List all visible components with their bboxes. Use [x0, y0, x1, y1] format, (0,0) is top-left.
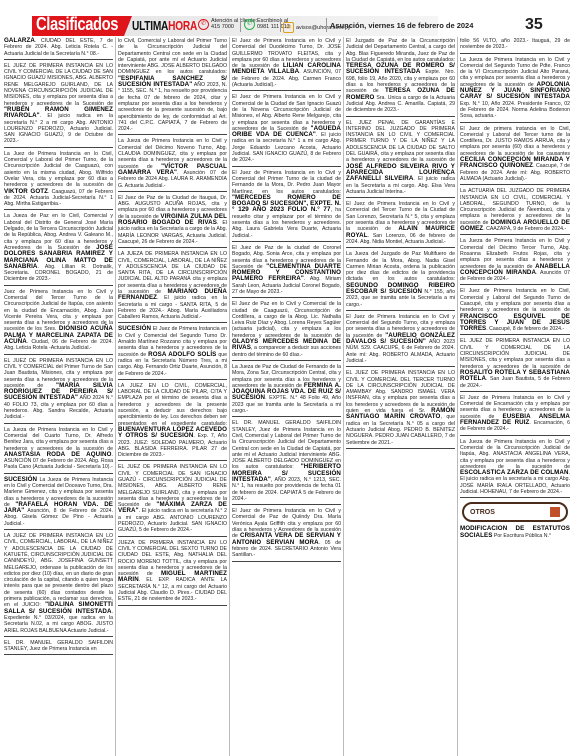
column-1: GALARZA. CIUDAD DEL ESTE, 7 de Febrero d…	[2, 37, 116, 756]
page-number: 35	[525, 16, 543, 34]
deceased-name: GALARZA	[4, 37, 35, 44]
classifieds-columns: GALARZA. CIUDAD DEL ESTE, 7 de Febrero d…	[2, 37, 578, 756]
category-box-otros: OTROS	[462, 502, 568, 522]
divider	[280, 18, 281, 32]
legal-notice: LA JUEZ EN LO CIVIL, COMERCIAL, LABORAL …	[118, 382, 227, 462]
notice-text: EL JUEZ DE PRIMERA INSTANCIA EN LO CIVIL…	[4, 63, 113, 107]
notice-text: El Juzgado de Paz de la Circunscripción …	[346, 38, 455, 63]
column-2: lo Civil, Comercial y Laboral del Primer…	[116, 37, 230, 756]
brand-part-1: ULTIMA	[132, 18, 168, 33]
legal-notice: El Juez de primera instancia en lo Civil…	[460, 125, 570, 186]
issue-date: Asunción, viernes 16 de febrero de 2024	[330, 21, 473, 30]
notice-text: EL DR. MANUEL GERALDO SAIFILDIN STANLEY,…	[4, 640, 113, 652]
legal-notice: LA JUEZA DE PRIMERA INSTANCIA EN LO CIVI…	[118, 250, 227, 323]
legal-notice: SUCESIÓN El Juez de Primera Instancia en…	[118, 325, 227, 379]
mail-icon: ✉	[283, 22, 294, 33]
legal-notice: La Jueza de Primera Instancia en lo Civi…	[460, 56, 570, 123]
legal-notice: La Jueza del Juzgado de Paz Multifuero d…	[346, 250, 455, 311]
notice-text: . CAAZAPÁ, 9 de Febrero de 2024.-	[483, 226, 566, 232]
notice-text: EL JUEZ PENAL DE GARANTÍAS E INTERINO DE…	[346, 120, 455, 164]
legal-notice: El Juez de Primera Instancia en lo Civil…	[460, 394, 570, 436]
legal-notice: SUCESIÓN La Jueza de Primera Instancia e…	[4, 476, 113, 530]
legal-notice: El Juez de Primera Instancia en lo Civil…	[232, 169, 341, 242]
notice-text: La Jueza del Juzgado de Paz Multifuero d…	[346, 251, 455, 282]
legal-notice: folio 56 VLTO, año 2023.- Itauguá, 29 de…	[460, 37, 570, 54]
deceased-name: ROSA ADOLFO SOLÍS	[148, 351, 216, 358]
divider	[326, 18, 327, 32]
notice-text: El Juez de Primera Instancia en lo Civil…	[460, 288, 570, 313]
whatsapp-icon: ✆	[244, 19, 255, 30]
brand-part-2: HORA	[168, 18, 197, 33]
deceased-name: ANASTASIA RODA DE AQUINO	[4, 451, 112, 458]
notice-text: El Juez de Primera Instancia en lo Civil…	[232, 170, 341, 195]
notice-text: . Caacupé, 8 de febrero de 2024.-	[486, 326, 564, 332]
notice-text: La Jueza de Primera Instancia en lo Civi…	[460, 439, 570, 470]
legal-notice: El Juez de Paz de la Ciudad de Itauguá, …	[118, 194, 227, 248]
legal-notice: El Juzgado de Paz de la Circunscripción …	[346, 37, 455, 117]
legal-notice: EL DR. MANUEL GERALDO SAIFILDIN STANLEY,…	[4, 639, 113, 656]
category-icon	[550, 507, 560, 517]
legal-notice: La ACTUARIA DEL JUZGADO DE PRIMERA INSTA…	[460, 187, 570, 235]
notice-text: LA JUEZ DE PRIMERA INSTANCIA EN LO CIVIL…	[4, 533, 113, 608]
column-3: El Juez de Primera Instancia en lo Civil…	[230, 37, 344, 756]
legal-notice: LA JUEZ DE PRIMERA INSTANCIA EN LO CIVIL…	[4, 532, 113, 637]
section-title: Clasificados	[36, 14, 118, 35]
column-4: El Juzgado de Paz de la Circunscripción …	[344, 37, 458, 756]
notice-text: AÑO 2023, N.° 1155, SEC. N.° 1, ha resue…	[118, 82, 227, 132]
legal-notice: El Juez de Paz en lo Civil y Comercial d…	[232, 300, 341, 361]
notice-text: EL JUEZ DE PRIMERA INSTANCIA EN LO CIVIL…	[460, 338, 570, 369]
deceased-name: VIKTOR GOTZ	[4, 188, 48, 195]
legal-notice: La Jueza de Primera Instancia en lo Civi…	[460, 237, 570, 285]
legal-notice: EL DR. MANUEL GERALDO SAIFILDIN STANLEY,…	[232, 419, 341, 505]
legal-notice: EL JUEZ DE PRIMERA INSTANCIA EN LO CIVIL…	[460, 337, 570, 391]
brand-logo: ULTIMAHORA	[132, 18, 197, 33]
divider	[240, 18, 241, 32]
phone-number: 415 7000	[211, 24, 234, 30]
deceased-name: SUCESIÓN	[4, 476, 37, 483]
category-label: OTROS	[470, 509, 495, 516]
deceased-name: ESCOLASTICA ZARZA DE COLMAN	[460, 469, 569, 476]
notice-text: El Juez de Paz en lo Civil y Comercial d…	[232, 301, 341, 338]
notice-text: Exp. N.° 10, Año 2024. Presidente Franco…	[460, 101, 570, 120]
legal-notice: El Juez de Primera Instancia en lo Civil…	[232, 93, 341, 166]
notice-text: La Jueza de Primera Instancia en lo Civi…	[4, 427, 113, 452]
legal-notice: Juez de Primera Instancia en lo Civil y …	[4, 288, 113, 355]
legal-notice: JUEZA DE PRIMERA INSTANCIA EN LO CIVIL Y…	[118, 539, 227, 606]
legal-notice: GALARZA. CIUDAD DEL ESTE, 7 de Febrero d…	[4, 37, 113, 60]
legal-notice: La Juez de Primera Instancia en lo Civil…	[4, 150, 113, 211]
notice-text: folio 56 VLTO, año 2023.- Itauguá, 29 de…	[460, 38, 570, 50]
legal-notice: La Jueza de Primera Instancia en lo Civi…	[118, 137, 227, 191]
legal-notice: La Jueza de Paz en lo Civil, Comercial y…	[4, 212, 113, 285]
legal-notice: MODIFICACION DE ESTATUTOS SOCIALES Por E…	[460, 525, 570, 541]
notice-text: La Juez de Primera Instancia en lo Civil…	[4, 151, 113, 188]
legal-notice: EL JUEZ DE PRIMERA INSTANCIA EN LO CIVIL…	[4, 357, 113, 424]
page-header: Clasificados ULTIMAHORA ✆ Atención al cl…	[0, 14, 580, 36]
deceased-name: SUCESIÓN	[118, 325, 151, 332]
notice-text: lo Civil, Comercial y Laboral del Primer…	[118, 38, 227, 75]
notice-text: LA JUEZ EN LO CIVIL, COMERCIAL, LABORAL …	[118, 383, 227, 427]
legal-notice: El Juez de Primera Instancia en lo Civil…	[232, 37, 341, 91]
legal-notice: La Jueza de Primera Instancia en lo Civi…	[460, 438, 570, 499]
legal-notice: EL JUEZ DE PRIMERA INSTANCIA EN LO CIVIL…	[118, 463, 227, 536]
notice-text: El Juez de primera instancia en lo Civil…	[460, 126, 570, 157]
deceased-name: "MERCEDES ROMERO DE BOGADO S/ SUCESIÓN",…	[232, 194, 341, 214]
column-5: folio 56 VLTO, año 2023.- Itauguá, 29 de…	[458, 37, 572, 756]
legal-notice: El Juez de Primera Instancia en lo Civil…	[460, 287, 570, 335]
notice-text: Por Escritura Pública N.°	[492, 533, 551, 539]
legal-notice: El Juez de Primera Instancia en lo Civil…	[232, 507, 341, 561]
legal-notice: EL JUEZ DE PRIMERA INSTANCIA EN LO CIVIL…	[4, 62, 113, 148]
legal-notice: La Jueza de Primera Instancia en lo Civi…	[4, 426, 113, 474]
legal-notice: EL JUEZ PENAL DE GARANTÍAS E INTERINO DE…	[346, 119, 455, 199]
legal-notice: La Jueza de Paz de Ciudad de Fernando de…	[232, 363, 341, 417]
legal-notice: El Juez de Primera Instancia en lo Civil…	[346, 200, 455, 248]
phone-icon: ✆	[198, 19, 209, 30]
legal-notice: El Juez de Primera Instancia en lo Civil…	[346, 313, 455, 367]
legal-notice: EL JUEZ DE PRIMERA INSTANCIA EN LO CIVIL…	[346, 369, 455, 449]
legal-notice: El Juez de Paz de la ciudad de Coronel B…	[232, 244, 341, 298]
legal-notice: lo Civil, Comercial y Laboral del Primer…	[118, 37, 227, 135]
